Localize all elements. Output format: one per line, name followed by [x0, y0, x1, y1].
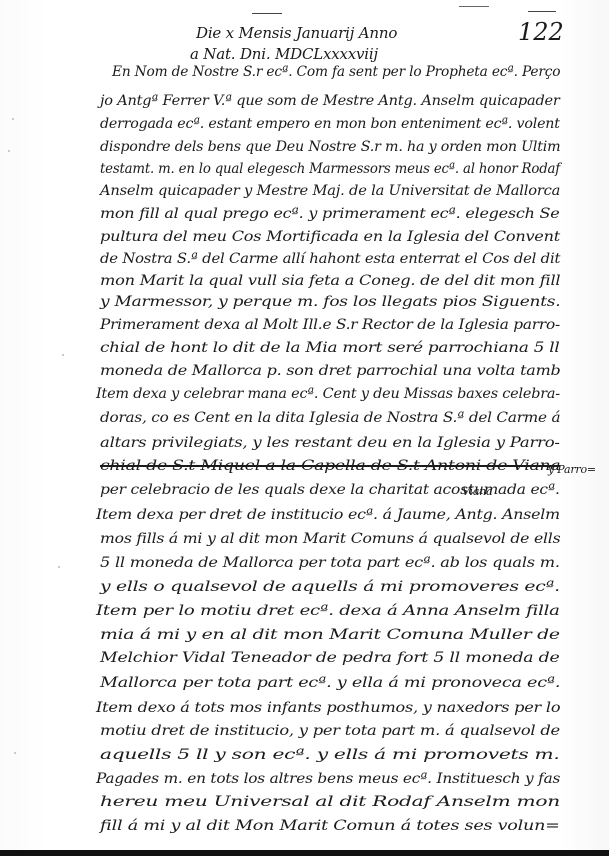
manuscript-line: dispondre dels bens que Deu Nostre S.r m… [100, 136, 560, 158]
manuscript-line: fill á mi y al dit Mon Marit Comun á tot… [100, 815, 560, 837]
manuscript-line: aquells 5 ll y son ecª. y ells á mi prom… [100, 744, 560, 766]
manuscript-line: mon fill al qual prego ecª. y primeramen… [100, 203, 559, 225]
interlinear-note: y Parro= [548, 463, 596, 476]
manuscript-line: Item dexo á tots mos infants posthumos, … [96, 697, 560, 719]
manuscript-line: mon Marit la qual vull sia feta a Coneg.… [100, 270, 560, 292]
folio-number: 122 [518, 18, 564, 46]
struck-line: chial de S.t Miquel a la Capella de S.t … [100, 455, 560, 477]
header-tick-mark [459, 6, 489, 7]
manuscript-line: chial de hont lo dit de la Mia mort seré… [100, 337, 560, 359]
manuscript-line: motiu dret de institucio, y per tota par… [100, 720, 560, 742]
manuscript-line: jo Antgª Ferrer V.ª que som de Mestre An… [100, 90, 560, 112]
interlinear-note: Viana [462, 485, 492, 498]
header-tick-mark [528, 11, 556, 12]
date-line-1: Die x Mensis Januarij Anno [196, 24, 397, 42]
scan-speck [12, 118, 14, 120]
manuscript-line: Item dexa y celebrar mana ecª. Cent y de… [96, 383, 560, 405]
manuscript-line: y Marmessor, y perque m. fos los llegats… [100, 291, 560, 313]
manuscript-line: Primerament dexa al Molt Ill.e S.r Recto… [100, 314, 560, 336]
header-tick-mark [252, 13, 282, 14]
manuscript-line: testamt. m. en lo qual elegesch Marmesso… [100, 158, 560, 180]
manuscript-line: Item dexa per dret de institucio ecª. á … [96, 504, 560, 526]
scan-speck [14, 752, 16, 754]
manuscript-line: hereu meu Universal al dit Rodaf Anselm … [100, 791, 560, 813]
manuscript-line: pultura del meu Cos Mortificada en la Ig… [100, 226, 560, 248]
manuscript-page: Die x Mensis Januarij Anno a Nat. Dni. M… [0, 0, 609, 850]
manuscript-line: Anselm quicapader y Mestre Maj. de la Un… [100, 180, 560, 202]
manuscript-line: derrogada ecª. estant empero en mon bon … [100, 113, 560, 135]
scan-speck [62, 354, 64, 356]
manuscript-line: doras, co es Cent en la dita Iglesia de … [100, 407, 560, 429]
scan-speck [8, 150, 10, 152]
manuscript-line: mos fills á mi y al dit mon Marit Comuns… [100, 528, 560, 550]
manuscript-line: de Nostra S.ª del Carme allí hahont esta… [100, 248, 560, 270]
manuscript-line: altars privilegiats, y les restant deu e… [100, 432, 560, 454]
scan-speck [58, 566, 60, 568]
manuscript-line: moneda de Mallorca p. son dret parrochia… [100, 360, 560, 382]
manuscript-line: y ells o qualsevol de aquells á mi promo… [100, 576, 560, 598]
manuscript-line: Mallorca per tota part ecª. y ella á mi … [100, 672, 560, 694]
manuscript-line: En Nom de Nostre S.r ecª. Com fa sent pe… [112, 61, 560, 83]
manuscript-line: mia á mi y en al dit mon Marit Comuna Mu… [100, 624, 560, 646]
manuscript-line: Item per lo motiu dret ecª. dexa á Anna … [96, 600, 560, 622]
manuscript-line: 5 ll moneda de Mallorca per tota part ec… [100, 552, 560, 574]
manuscript-line: Melchior Vidal Teneador de pedra fort 5 … [100, 647, 559, 669]
manuscript-line: Pagades m. en tots los altres bens meus … [96, 768, 560, 790]
scan-bottom-edge [0, 850, 609, 856]
